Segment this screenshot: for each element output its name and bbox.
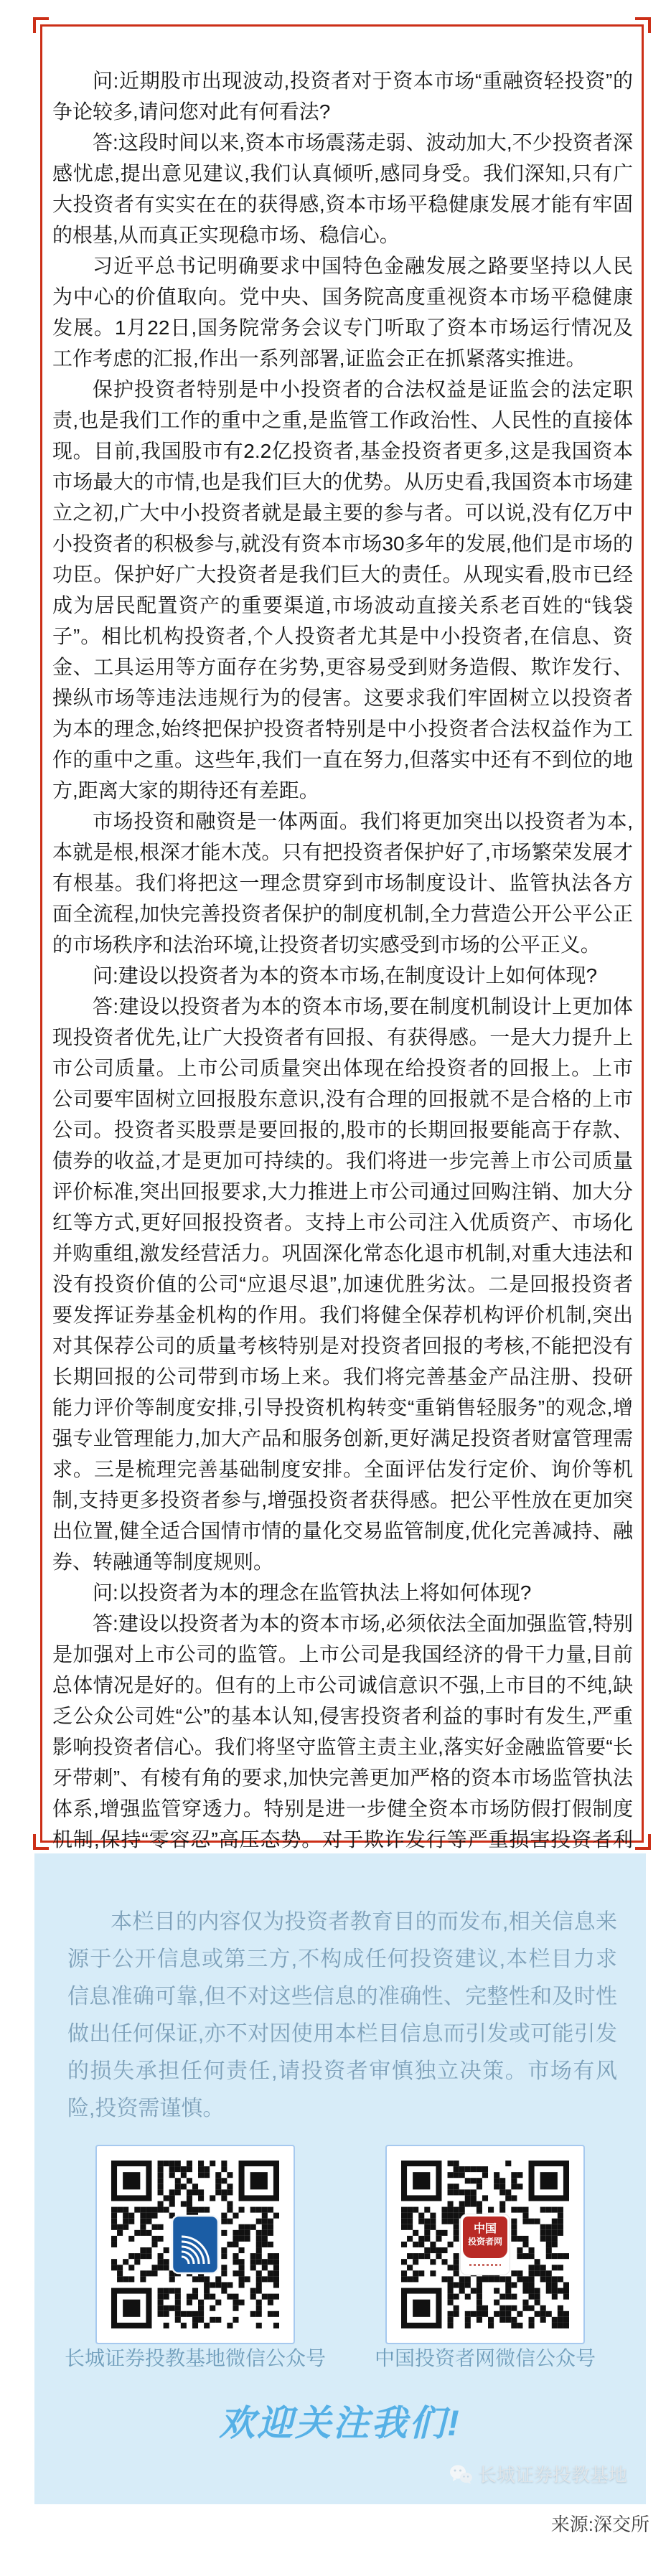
- qa-question-2: 问:建设以投资者为本的资本市场,在制度设计上如何体现?: [52, 960, 633, 991]
- qa-answer-1c: 保护投资者特别是中小投资者的合法权益是证监会的法定职责,也是我们工作的重中之重,…: [52, 374, 633, 806]
- watermark: 长城证券投教基地: [449, 2460, 627, 2487]
- source-text: 来源:深交所: [551, 2510, 649, 2537]
- qr-label-changcheng: 长城证券投教基地微信公众号: [95, 2343, 295, 2371]
- footer-panel: 本栏目的内容仅为投资者教育目的而发布,相关信息来源于公开信息或第三方,不构成任何…: [34, 1853, 646, 2504]
- page: 问:近期股市出现波动,投资者对于资本市场“重融资轻投资”的争论较多,请问您对此有…: [0, 0, 671, 2576]
- china-investor-net-logo: 中国 投资者网: [461, 2214, 510, 2275]
- qr-label-investor-net: 中国投资者网微信公众号: [385, 2343, 585, 2371]
- qr-row: 中国 投资者网: [34, 2145, 646, 2344]
- qa-answer-1d: 市场投资和融资是一体两面。我们将更加突出以投资者为本,本就是根,根深才能木茂。只…: [52, 806, 633, 960]
- corner-bracket-top-right: [635, 17, 651, 33]
- qa-answer-1: 答:这段时间以来,资本市场震荡走弱、波动加大,不少投资者深感忧虑,提出意见建议,…: [52, 127, 633, 250]
- wechat-icon: [449, 2463, 473, 2485]
- watermark-text: 长城证券投教基地: [478, 2460, 627, 2487]
- qr-labels-row: 长城证券投教基地微信公众号 中国投资者网微信公众号: [34, 2343, 646, 2371]
- logo-text-line1: 中国: [463, 2222, 507, 2237]
- article-content: 问:近期股市出现波动,投资者对于资本市场“重融资轻投资”的争论较多,请问您对此有…: [42, 27, 642, 2040]
- welcome-text: 欢迎关注我们!: [34, 2394, 646, 2446]
- logo-text-line2: 投资者网: [463, 2237, 507, 2247]
- corner-bracket-bottom-right: [635, 1834, 651, 1850]
- qa-answer-2: 答:建设以投资者为本的资本市场,要在制度机制设计上更加体现投资者优先,让广大投资…: [52, 991, 633, 1577]
- qa-question-1: 问:近期股市出现波动,投资者对于资本市场“重融资轻投资”的争论较多,请问您对此有…: [52, 65, 633, 127]
- qa-answer-1b: 习近平总书记明确要求中国特色金融发展之路要坚持以人民为中心的价值取向。党中央、国…: [52, 250, 633, 374]
- article-box: 问:近期股市出现波动,投资者对于资本市场“重融资轻投资”的争论较多,请问您对此有…: [40, 24, 644, 1843]
- disclaimer-text: 本栏目的内容仅为投资者教育目的而发布,相关信息来源于公开信息或第三方,不构成任何…: [67, 1904, 617, 2128]
- corner-bracket-bottom-left: [33, 1834, 49, 1850]
- changcheng-securities-logo-icon: [170, 2214, 220, 2275]
- qr-card-changcheng: [95, 2145, 295, 2344]
- china-investor-net-logo-badge: 中国 投资者网: [463, 2217, 507, 2258]
- qa-question-3: 问:以投资者为本的理念在监管执法上将如何体现?: [52, 1577, 633, 1608]
- qr-card-investor-net: 中国 投资者网: [385, 2145, 585, 2344]
- logo-fineprint-line: [469, 2264, 501, 2266]
- corner-bracket-top-left: [33, 17, 49, 33]
